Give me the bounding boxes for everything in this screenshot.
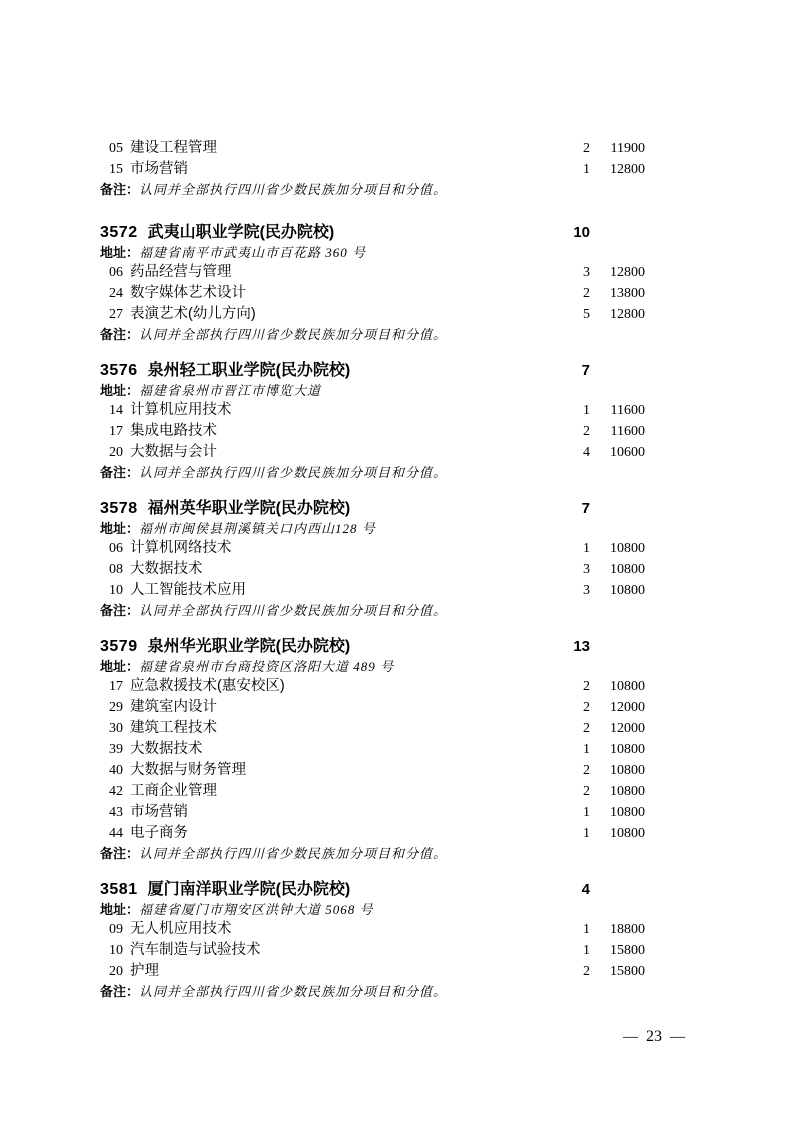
address-label: 地址： — [100, 243, 139, 262]
major-code: 43 — [109, 803, 123, 823]
address-label: 地址： — [100, 519, 139, 538]
note-value: 认同并全部执行四川省少数民族加分项目和分值。 — [139, 463, 447, 483]
major-plan-count: 1 — [560, 920, 590, 940]
page-number-dash-right: — — [670, 1029, 685, 1046]
page-number: — 23 — — [615, 1028, 693, 1046]
major-row: 06 计算机网络技术 1 10800 — [100, 538, 645, 559]
major-fee: 12000 — [590, 719, 645, 739]
major-code: 08 — [109, 560, 123, 580]
major-row: 29 建筑室内设计 2 12000 — [100, 697, 645, 718]
college-section: 3578 福州英华职业学院(民办院校) 7 地址： 福州市闽侯县荆溪镇关口内西山… — [100, 498, 645, 621]
major-plan-count: 2 — [560, 422, 590, 442]
major-fee: 12800 — [590, 263, 645, 283]
major-name: 大数据技术 — [130, 559, 560, 579]
major-fee: 13800 — [590, 284, 645, 304]
college-code: 3572 — [100, 222, 138, 243]
major-fee: 11600 — [590, 401, 645, 421]
college-header: 3576 泉州轻工职业学院(民办院校) 7 — [100, 360, 645, 381]
major-code: 40 — [109, 761, 123, 781]
major-name: 建筑工程技术 — [130, 718, 560, 738]
major-row: 43 市场营销 1 10800 — [100, 802, 645, 823]
major-plan-count: 2 — [560, 962, 590, 982]
major-name: 计算机应用技术 — [130, 400, 560, 420]
major-row: 44 电子商务 1 10800 — [100, 823, 645, 844]
major-plan-count: 5 — [560, 305, 590, 325]
major-name: 大数据技术 — [130, 739, 560, 759]
major-name: 建设工程管理 — [130, 138, 560, 158]
address-value: 福建省厦门市翔安区洪钟大道 5068 号 — [139, 900, 374, 919]
major-list: 17 应急救援技术(惠安校区) 2 10800 29 建筑室内设计 2 1200… — [100, 676, 645, 844]
major-row: 15 市场营销 1 12800 — [100, 159, 645, 180]
college-name: 武夷山职业学院(民办院校) — [148, 222, 560, 243]
note-label: 备注： — [100, 325, 139, 345]
major-plan-count: 1 — [560, 803, 590, 823]
major-plan-count: 2 — [560, 782, 590, 802]
major-row: 10 汽车制造与试验技术 1 15800 — [100, 940, 645, 961]
major-plan-count: 2 — [560, 719, 590, 739]
major-name: 市场营销 — [130, 802, 560, 822]
major-plan-count: 2 — [560, 139, 590, 159]
major-list: 14 计算机应用技术 1 11600 17 集成电路技术 2 11600 20 … — [100, 400, 645, 463]
major-fee: 10800 — [590, 761, 645, 781]
major-code: 10 — [109, 941, 123, 961]
major-code: 14 — [109, 401, 123, 421]
major-row: 30 建筑工程技术 2 12000 — [100, 718, 645, 739]
major-row: 10 人工智能技术应用 3 10800 — [100, 580, 645, 601]
college-code: 3581 — [100, 879, 138, 900]
major-fee: 12800 — [590, 305, 645, 325]
major-fee: 10800 — [590, 677, 645, 697]
major-row: 17 集成电路技术 2 11600 — [100, 421, 645, 442]
major-code: 30 — [109, 719, 123, 739]
major-row: 17 应急救援技术(惠安校区) 2 10800 — [100, 676, 645, 697]
note-label: 备注： — [100, 844, 139, 864]
college-plan-total: 4 — [560, 879, 590, 900]
major-code: 39 — [109, 740, 123, 760]
college-header: 3578 福州英华职业学院(民办院校) 7 — [100, 498, 645, 519]
major-name: 应急救援技术(惠安校区) — [130, 676, 560, 696]
note-label: 备注： — [100, 601, 139, 621]
document-page: 05 建设工程管理 2 11900 15 市场营销 1 12800 备注： 认同… — [0, 0, 793, 1122]
major-code: 10 — [109, 581, 123, 601]
major-name: 大数据与会计 — [130, 442, 560, 462]
major-fee: 15800 — [590, 962, 645, 982]
major-fee: 11600 — [590, 422, 645, 442]
college-section: 05 建设工程管理 2 11900 15 市场营销 1 12800 备注： 认同… — [100, 138, 645, 200]
major-fee: 11900 — [590, 139, 645, 159]
major-code: 24 — [109, 284, 123, 304]
major-row: 20 护理 2 15800 — [100, 961, 645, 982]
college-note-row: 备注： 认同并全部执行四川省少数民族加分项目和分值。 — [100, 601, 645, 621]
major-plan-count: 1 — [560, 941, 590, 961]
major-row: 05 建设工程管理 2 11900 — [100, 138, 645, 159]
major-code: 17 — [109, 422, 123, 442]
note-value: 认同并全部执行四川省少数民族加分项目和分值。 — [139, 844, 447, 864]
major-row: 14 计算机应用技术 1 11600 — [100, 400, 645, 421]
address-value: 福建省泉州市晋江市博览大道 — [139, 381, 321, 400]
major-name: 建筑室内设计 — [130, 697, 560, 717]
major-name: 电子商务 — [130, 823, 560, 843]
major-row: 08 大数据技术 3 10800 — [100, 559, 645, 580]
college-code: 3578 — [100, 498, 138, 519]
college-header: 3572 武夷山职业学院(民办院校) 10 — [100, 222, 645, 243]
major-plan-count: 1 — [560, 160, 590, 180]
note-value: 认同并全部执行四川省少数民族加分项目和分值。 — [139, 982, 447, 1002]
college-note-row: 备注： 认同并全部执行四川省少数民族加分项目和分值。 — [100, 325, 645, 345]
college-address-row: 地址： 福州市闽侯县荆溪镇关口内西山128 号 — [100, 519, 645, 538]
major-fee: 10800 — [590, 539, 645, 559]
note-label: 备注： — [100, 180, 139, 200]
college-plan-total: 10 — [560, 222, 590, 243]
college-address-row: 地址： 福建省泉州市台商投资区洛阳大道 489 号 — [100, 657, 645, 676]
major-name: 工商企业管理 — [130, 781, 560, 801]
college-note-row: 备注： 认同并全部执行四川省少数民族加分项目和分值。 — [100, 463, 645, 483]
note-value: 认同并全部执行四川省少数民族加分项目和分值。 — [139, 180, 447, 200]
note-label: 备注： — [100, 982, 139, 1002]
major-row: 39 大数据技术 1 10800 — [100, 739, 645, 760]
major-plan-count: 3 — [560, 581, 590, 601]
college-name: 泉州华光职业学院(民办院校) — [148, 636, 560, 657]
major-row: 42 工商企业管理 2 10800 — [100, 781, 645, 802]
major-code: 20 — [109, 962, 123, 982]
address-value: 福建省南平市武夷山市百花路 360 号 — [139, 243, 366, 262]
college-plan-total: 13 — [560, 636, 590, 657]
major-row: 06 药品经营与管理 3 12800 — [100, 262, 645, 283]
major-plan-count: 3 — [560, 263, 590, 283]
major-name: 护理 — [130, 961, 560, 981]
major-name: 数字媒体艺术设计 — [130, 283, 560, 303]
major-fee: 10800 — [590, 782, 645, 802]
major-plan-count: 2 — [560, 677, 590, 697]
major-code: 29 — [109, 698, 123, 718]
major-plan-count: 1 — [560, 401, 590, 421]
major-plan-count: 3 — [560, 560, 590, 580]
college-note-row: 备注： 认同并全部执行四川省少数民族加分项目和分值。 — [100, 844, 645, 864]
college-name: 泉州轻工职业学院(民办院校) — [148, 360, 560, 381]
page-number-dash-left: — — [623, 1029, 638, 1046]
major-row: 20 大数据与会计 4 10600 — [100, 442, 645, 463]
major-code: 15 — [109, 160, 123, 180]
major-name: 汽车制造与试验技术 — [130, 940, 560, 960]
major-plan-count: 2 — [560, 761, 590, 781]
major-list: 06 计算机网络技术 1 10800 08 大数据技术 3 10800 10 人… — [100, 538, 645, 601]
college-note-row: 备注： 认同并全部执行四川省少数民族加分项目和分值。 — [100, 982, 645, 1002]
major-fee: 10800 — [590, 560, 645, 580]
major-code: 06 — [109, 539, 123, 559]
college-header: 3581 厦门南洋职业学院(民办院校) 4 — [100, 879, 645, 900]
major-row: 09 无人机应用技术 1 18800 — [100, 919, 645, 940]
college-code: 3579 — [100, 636, 138, 657]
note-value: 认同并全部执行四川省少数民族加分项目和分值。 — [139, 601, 447, 621]
major-code: 27 — [109, 305, 123, 325]
college-name: 福州英华职业学院(民办院校) — [148, 498, 560, 519]
major-name: 人工智能技术应用 — [130, 580, 560, 600]
major-fee: 10800 — [590, 803, 645, 823]
college-address-row: 地址： 福建省厦门市翔安区洪钟大道 5068 号 — [100, 900, 645, 919]
major-code: 09 — [109, 920, 123, 940]
major-name: 药品经营与管理 — [130, 262, 560, 282]
major-name: 无人机应用技术 — [130, 919, 560, 939]
major-name: 计算机网络技术 — [130, 538, 560, 558]
college-section: 3572 武夷山职业学院(民办院校) 10 地址： 福建省南平市武夷山市百花路 … — [100, 222, 645, 345]
major-code: 20 — [109, 443, 123, 463]
address-value: 福州市闽侯县荆溪镇关口内西山128 号 — [139, 519, 376, 538]
college-note-row: 备注： 认同并全部执行四川省少数民族加分项目和分值。 — [100, 180, 645, 200]
address-label: 地址： — [100, 900, 139, 919]
major-name: 集成电路技术 — [130, 421, 560, 441]
major-fee: 15800 — [590, 941, 645, 961]
college-plan-total: 7 — [560, 498, 590, 519]
college-address-row: 地址： 福建省泉州市晋江市博览大道 — [100, 381, 645, 400]
major-plan-count: 1 — [560, 740, 590, 760]
major-fee: 10800 — [590, 740, 645, 760]
major-code: 05 — [109, 139, 123, 159]
major-fee: 10800 — [590, 581, 645, 601]
college-section: 3579 泉州华光职业学院(民办院校) 13 地址： 福建省泉州市台商投资区洛阳… — [100, 636, 645, 864]
note-value: 认同并全部执行四川省少数民族加分项目和分值。 — [139, 325, 447, 345]
major-code: 17 — [109, 677, 123, 697]
major-fee: 10600 — [590, 443, 645, 463]
college-list: 05 建设工程管理 2 11900 15 市场营销 1 12800 备注： 认同… — [100, 138, 645, 1002]
college-header: 3579 泉州华光职业学院(民办院校) 13 — [100, 636, 645, 657]
major-plan-count: 1 — [560, 824, 590, 844]
college-plan-total: 7 — [560, 360, 590, 381]
college-code: 3576 — [100, 360, 138, 381]
major-list: 09 无人机应用技术 1 18800 10 汽车制造与试验技术 1 15800 … — [100, 919, 645, 982]
major-list: 05 建设工程管理 2 11900 15 市场营销 1 12800 — [100, 138, 645, 180]
address-value: 福建省泉州市台商投资区洛阳大道 489 号 — [139, 657, 394, 676]
major-row: 27 表演艺术(幼儿方向) 5 12800 — [100, 304, 645, 325]
major-code: 06 — [109, 263, 123, 283]
college-name: 厦门南洋职业学院(民办院校) — [148, 879, 560, 900]
major-row: 40 大数据与财务管理 2 10800 — [100, 760, 645, 781]
page-number-value: 23 — [646, 1028, 662, 1046]
major-plan-count: 4 — [560, 443, 590, 463]
major-code: 44 — [109, 824, 123, 844]
major-name: 表演艺术(幼儿方向) — [130, 304, 560, 324]
major-fee: 10800 — [590, 824, 645, 844]
major-name: 市场营销 — [130, 159, 560, 179]
major-fee: 12000 — [590, 698, 645, 718]
major-plan-count: 1 — [560, 539, 590, 559]
college-address-row: 地址： 福建省南平市武夷山市百花路 360 号 — [100, 243, 645, 262]
college-section: 3576 泉州轻工职业学院(民办院校) 7 地址： 福建省泉州市晋江市博览大道 … — [100, 360, 645, 483]
major-name: 大数据与财务管理 — [130, 760, 560, 780]
major-row: 24 数字媒体艺术设计 2 13800 — [100, 283, 645, 304]
major-code: 42 — [109, 782, 123, 802]
college-section: 3581 厦门南洋职业学院(民办院校) 4 地址： 福建省厦门市翔安区洪钟大道 … — [100, 879, 645, 1002]
major-plan-count: 2 — [560, 698, 590, 718]
major-fee: 18800 — [590, 920, 645, 940]
address-label: 地址： — [100, 381, 139, 400]
major-plan-count: 2 — [560, 284, 590, 304]
major-list: 06 药品经营与管理 3 12800 24 数字媒体艺术设计 2 13800 2… — [100, 262, 645, 325]
major-fee: 12800 — [590, 160, 645, 180]
address-label: 地址： — [100, 657, 139, 676]
note-label: 备注： — [100, 463, 139, 483]
